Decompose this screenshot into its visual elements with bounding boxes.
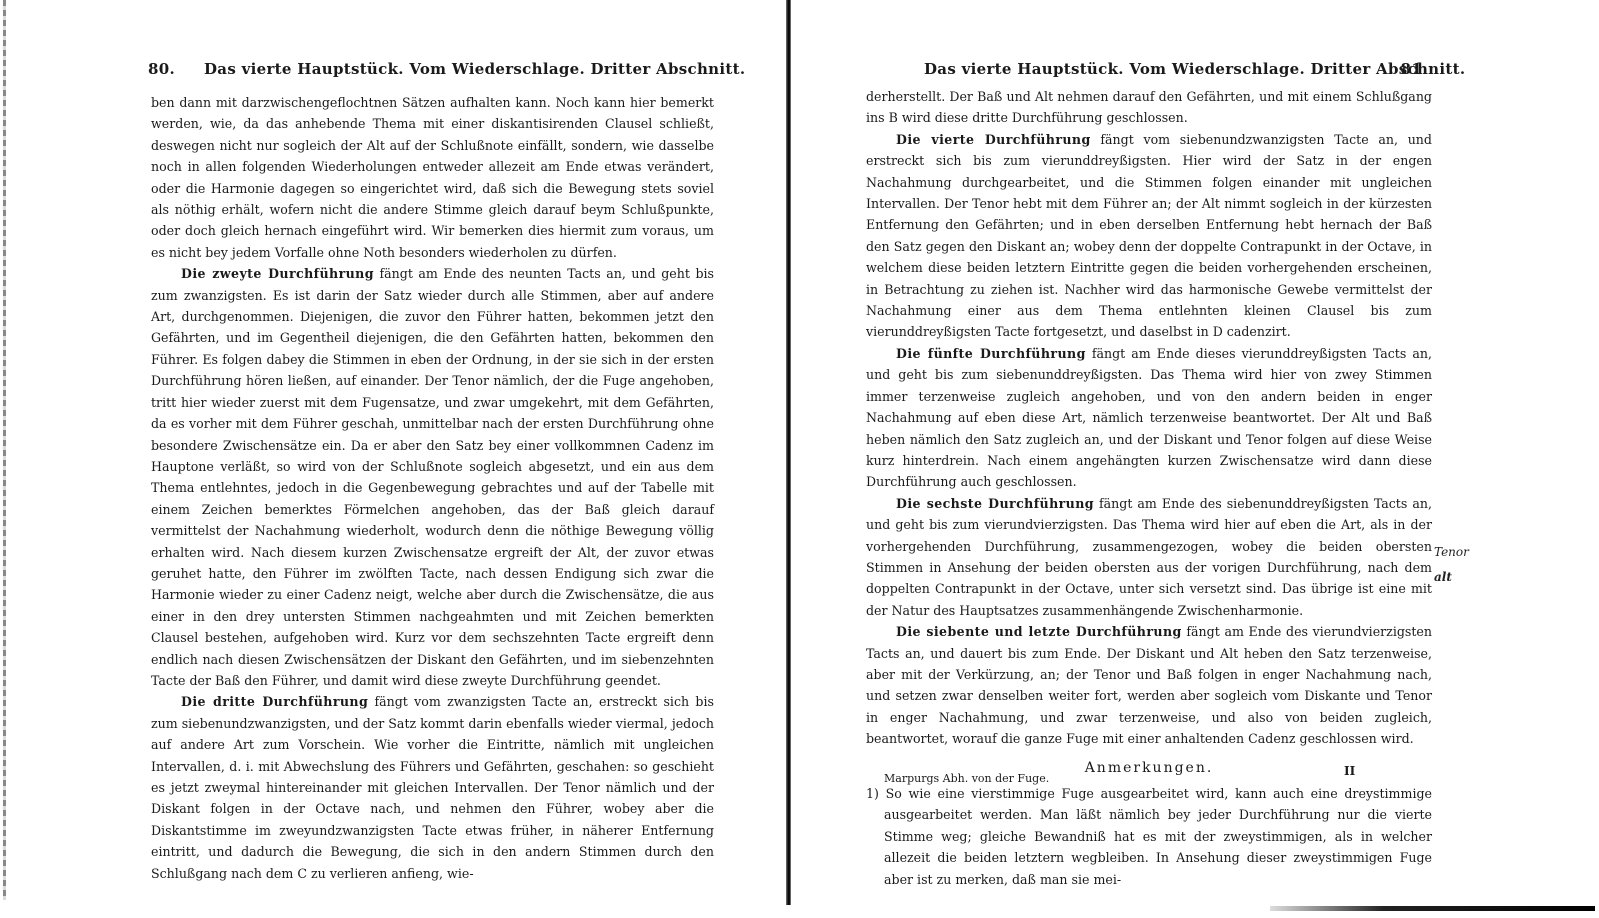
paragraph-lead: Die fünfte Durchführung [896,346,1086,361]
paragraph-text: fängt vom zwanzigsten Tacte an, erstreck… [151,694,714,880]
paragraph: Die dritte Durchführung fängt vom zwanzi… [151,691,714,884]
paragraph: ben dann mit darzwischengeflochtnen Sätz… [151,92,714,263]
book-gutter [786,0,791,905]
left-page: 80. Das vierte Hauptstück. Vom Wiedersch… [8,0,784,905]
paragraph-text: fängt vom siebenundzwanzigsten Tacte an,… [866,132,1432,340]
paragraph-text: derherstellt. Der Baß und Alt nehmen dar… [866,89,1432,125]
right-page: Das vierte Hauptstück. Vom Wiederschlage… [794,0,1594,905]
footnote-marker: 1) [866,786,879,801]
paragraph-lead: Die sechste Durchführung [896,496,1094,511]
paragraph-text: ben dann mit darzwischengeflochtnen Sätz… [151,95,714,260]
footnote-text: So wie eine vierstimmige Fuge ausgearbei… [884,786,1432,887]
paragraph-text: fängt am Ende des vierundvierzigsten Tac… [866,624,1432,746]
paragraph: Die zweyte Durchführung fängt am Ende de… [151,263,714,691]
paragraph-lead: Die dritte Durchführung [181,694,368,709]
book-spread: 80. Das vierte Hauptstück. Vom Wiedersch… [0,0,1599,918]
scan-bottom-shadow [1270,906,1595,911]
paragraph-text: fängt am Ende des siebenunddreyßigsten T… [866,496,1432,618]
paragraph-text: fängt am Ende des neunten Tacts an, und … [151,266,714,688]
footnote: 1) So wie eine vierstimmige Fuge ausgear… [866,783,1432,890]
right-running-head-text: Das vierte Hauptstück. Vom Wiederschlage… [924,60,1465,78]
handwritten-note: alt [1434,570,1452,584]
paragraph: Die sechste Durchführung fängt am Ende d… [866,493,1432,621]
paragraph-lead: Die siebente und letzte Durchführung [896,624,1182,639]
right-page-number: 81 [1401,60,1422,78]
left-running-head-text: Das vierte Hauptstück. Vom Wiederschlage… [204,60,745,78]
scan-left-edge [3,0,6,900]
paragraph: derherstellt. Der Baß und Alt nehmen dar… [866,86,1432,129]
paragraph-lead: Die vierte Durchführung [896,132,1091,147]
signature-line: Marpurgs Abh. von der Fuge. [884,772,1049,785]
signature-mark: II [1344,764,1355,778]
paragraph: Die fünfte Durchführung fängt am Ende di… [866,343,1432,493]
handwritten-note: Tenor [1434,545,1469,559]
paragraph-text: fängt am Ende dieses vierunddreyßigsten … [866,346,1432,489]
paragraph-lead: Die zweyte Durchführung [181,266,374,281]
paragraph: Die vierte Durchführung fängt vom sieben… [866,129,1432,343]
left-page-number: 80. [148,60,175,78]
paragraph: Die siebente und letzte Durchführung fän… [866,621,1432,749]
left-body-text: ben dann mit darzwischengeflochtnen Sätz… [151,92,714,884]
